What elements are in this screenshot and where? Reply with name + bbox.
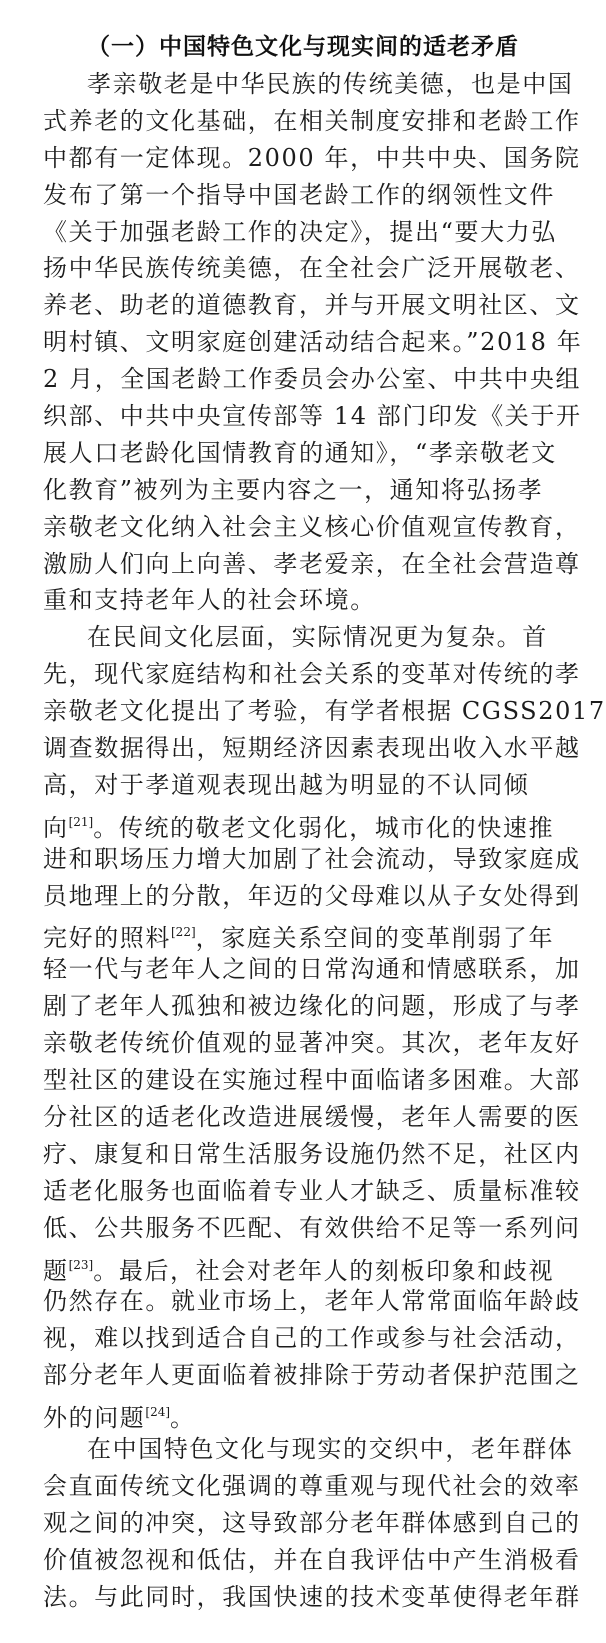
text-line: 进和职场压力增大加剧了社会流动，导致家庭成 (43, 841, 489, 878)
text-line: 亲敬老文化提出了考验，有学者根据 CGSS2017 (43, 693, 489, 730)
text-line: 价值被忽视和低估，并在自我评估中产生消极看 (43, 1542, 489, 1579)
text-line: 视，难以找到适合自己的工作或参与社会活动， (43, 1320, 489, 1357)
text-line: 低、公共服务不匹配、有效供给不足等一系列问 (43, 1210, 489, 1247)
text-line: 发布了第一个指导中国老龄工作的纲领性文件 (43, 177, 489, 214)
text-line: 题[23]。最后，社会对老年人的刻板印象和歧视 (43, 1247, 489, 1284)
text-line: 高，对于孝道观表现出越为明显的不认同倾 (43, 767, 489, 804)
text-line: 亲敬老传统价值观的显著冲突。其次，老年友好 (43, 1025, 489, 1062)
text-line: 中都有一定体现。2000 年，中共中央、国务院 (43, 140, 489, 177)
text-line: 化教育”被列为主要内容之一，通知将弘扬孝 (43, 472, 489, 509)
document-page: （一）中国特色文化与现实间的适老矛盾 孝亲敬老是中华民族的传统美德，也是中国 式… (0, 0, 606, 1643)
text-line: 分社区的适老化改造进展缓慢，老年人需要的医 (43, 1099, 489, 1136)
text-line: 在民间文化层面，实际情况更为复杂。首 (43, 619, 489, 656)
text-line: 仍然存在。就业市场上，老年人常常面临年龄歧 (43, 1283, 489, 1320)
text-line: 调查数据得出，短期经济因素表现出收入水平越 (43, 730, 489, 767)
text-line: 展人口老龄化国情教育的通知》，“孝亲敬老文 (43, 435, 489, 472)
text-line: 养老、助老的道德教育，并与开展文明社区、文 (43, 287, 489, 324)
text-line: 完好的照料[22]，家庭关系空间的变革削弱了年 (43, 914, 489, 951)
text-line: 亲敬老文化纳入社会主义核心价值观宣传教育， (43, 509, 489, 546)
text-line: 在中国特色文化与现实的交织中，老年群体 (43, 1431, 489, 1468)
citation-ref-22[interactable]: [22] (171, 925, 196, 939)
text-line: 向[21]。传统的敬老文化弱化，城市化的快速推 (43, 804, 489, 841)
text-line: 式养老的文化基础，在相关制度安排和老龄工作 (43, 103, 489, 140)
text-line: 外的问题[24]。 (43, 1394, 489, 1431)
text-line: 疗、康复和日常生活服务设施仍然不足，社区内 (43, 1136, 489, 1173)
text-line: 先，现代家庭结构和社会关系的变革对传统的孝 (43, 656, 489, 693)
text-line: 轻一代与老年人之间的日常沟通和情感联系，加 (43, 951, 489, 988)
text-line: 2 月，全国老龄工作委员会办公室、中共中央组 (43, 361, 489, 398)
paragraph-2: 在民间文化层面，实际情况更为复杂。首 先，现代家庭结构和社会关系的变革对传统的孝… (43, 619, 489, 1431)
text-line: 重和支持老年人的社会环境。 (43, 582, 489, 619)
section-heading: （一）中国特色文化与现实间的适老矛盾 (0, 30, 606, 64)
text-line: 员地理上的分散，年迈的父母难以从子女处得到 (43, 878, 489, 915)
citation-ref-24[interactable]: [24] (145, 1405, 170, 1419)
text-line: 部分老年人更面临着被排除于劳动者保护范围之 (43, 1357, 489, 1394)
text-line: 激励人们向上向善、孝老爱亲，在全社会营造尊 (43, 546, 489, 583)
text-line: 法。与此同时，我国快速的技术变革使得老年群 (43, 1579, 489, 1616)
text-line: 观之间的冲突，这导致部分老年群体感到自己的 (43, 1505, 489, 1542)
paragraph-3: 在中国特色文化与现实的交织中，老年群体 会直面传统文化强调的尊重观与现代社会的效… (43, 1431, 489, 1615)
text-line: 《关于加强老龄工作的决定》，提出“要大力弘 (43, 214, 489, 251)
text-line: 扬中华民族传统美德，在全社会广泛开展敬老、 (43, 250, 489, 287)
text-line: 孝亲敬老是中华民族的传统美德，也是中国 (43, 66, 489, 103)
body-text: 孝亲敬老是中华民族的传统美德，也是中国 式养老的文化基础，在相关制度安排和老龄工… (43, 66, 489, 1615)
text-line: 明村镇、文明家庭创建活动结合起来。”2018 年 (43, 324, 489, 361)
citation-ref-23[interactable]: [23] (69, 1258, 94, 1272)
text-line: 型社区的建设在实施过程中面临诸多困难。大部 (43, 1062, 489, 1099)
text-line: 剧了老年人孤独和被边缘化的问题，形成了与孝 (43, 988, 489, 1025)
citation-ref-21[interactable]: [21] (69, 815, 94, 829)
text-line: 适老化服务也面临着专业人才缺乏、质量标准较 (43, 1173, 489, 1210)
text-line: 织部、中共中央宣传部等 14 部门印发《关于开 (43, 398, 489, 435)
text-line: 会直面传统文化强调的尊重观与现代社会的效率 (43, 1468, 489, 1505)
paragraph-1: 孝亲敬老是中华民族的传统美德，也是中国 式养老的文化基础，在相关制度安排和老龄工… (43, 66, 489, 619)
